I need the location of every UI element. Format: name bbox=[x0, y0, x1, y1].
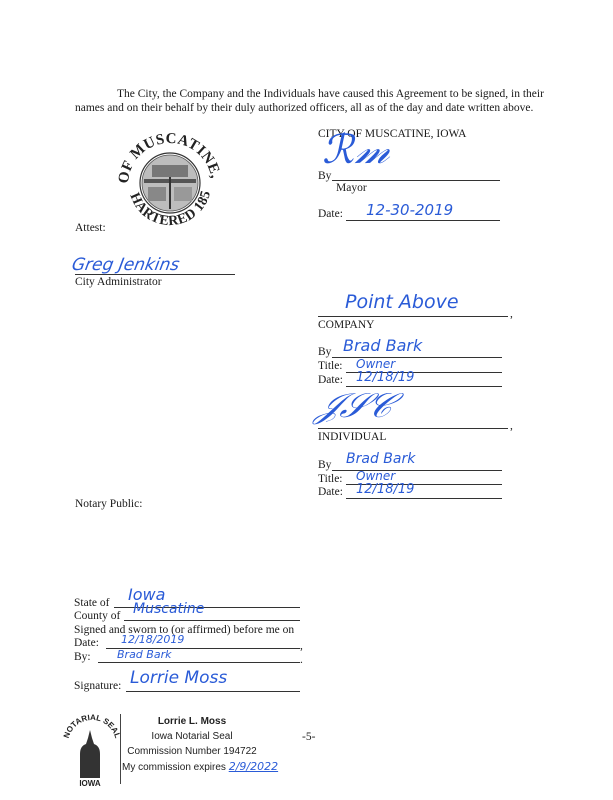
notary-county-label: County of bbox=[74, 610, 120, 623]
company-name-line bbox=[318, 316, 508, 317]
notary-date-value: 12/18/2019 bbox=[121, 633, 184, 646]
notary-signature-label: Signature: bbox=[74, 680, 121, 693]
intro-line-2: names and on their behalf by their duly … bbox=[75, 101, 555, 115]
notary-date-label: Date: bbox=[74, 637, 99, 650]
attest-signature: Greg Jenkins bbox=[70, 255, 181, 275]
notary-commission-number: Commission Number 194722 bbox=[122, 744, 262, 759]
city-date-label: Date: bbox=[318, 208, 343, 221]
mayor-signature: ℛ𝓂 bbox=[321, 130, 395, 170]
attest-label: Attest: bbox=[75, 222, 106, 235]
individual-title-label: Title: bbox=[318, 473, 343, 486]
notarial-state-text: IOWA bbox=[79, 779, 101, 788]
company-by-label: By bbox=[318, 346, 331, 359]
notarial-seal-text: Lorrie L. Moss Iowa Notarial Seal Commis… bbox=[122, 714, 262, 775]
individual-by-value: Brad Bark bbox=[346, 451, 415, 467]
notary-expires-label: My commission expires bbox=[122, 762, 226, 773]
individual-by-label: By bbox=[318, 459, 331, 472]
company-name-value: Point Above bbox=[345, 291, 459, 313]
individual-comma: , bbox=[510, 420, 513, 433]
company-by-value: Brad Bark bbox=[343, 336, 422, 355]
notary-expires-row: My commission expires 2/9/2022 bbox=[122, 759, 262, 775]
intro-paragraph: The City, the Company and the Individual… bbox=[75, 87, 555, 115]
notary-public-label: Notary Public: bbox=[75, 498, 142, 511]
individual-date-label: Date: bbox=[318, 486, 343, 499]
notarial-seal-divider bbox=[120, 714, 121, 784]
company-title-label: Title: bbox=[318, 360, 343, 373]
company-heading: COMPANY bbox=[318, 319, 374, 332]
notary-state-label: State of bbox=[74, 597, 109, 610]
attest-role-label: City Administrator bbox=[75, 276, 162, 289]
page-number: -5- bbox=[302, 731, 315, 744]
individual-heading: INDIVIDUAL bbox=[318, 431, 386, 444]
notary-by-period: . bbox=[300, 654, 303, 667]
individual-title-value: Owner bbox=[356, 469, 395, 483]
city-seal: CITY OF MUSCATINE, IOWA CHARTERED 1851 bbox=[114, 127, 226, 239]
notary-by-label: By: bbox=[74, 651, 91, 664]
company-title-value: Owner bbox=[356, 357, 395, 371]
company-date-value: 12/18/19 bbox=[356, 370, 414, 385]
notary-expires-value: 2/9/2022 bbox=[229, 760, 278, 773]
individual-date-line bbox=[346, 498, 502, 499]
notary-date-comma: , bbox=[300, 640, 303, 653]
individual-signature: 𝒥𝒮𝒞 bbox=[313, 388, 397, 424]
intro-line-1: The City, the Company and the Individual… bbox=[75, 87, 555, 101]
notary-signature-line bbox=[126, 691, 300, 692]
notary-signature-value: Lorrie Moss bbox=[130, 668, 227, 688]
city-by-line bbox=[332, 180, 500, 181]
individual-date-value: 12/18/19 bbox=[356, 482, 414, 497]
city-role-label: Mayor bbox=[336, 182, 367, 195]
notary-seal-title: Iowa Notarial Seal bbox=[122, 729, 262, 744]
notarial-seal-emblem: NOTARIAL SEAL IOWA bbox=[62, 708, 120, 788]
company-comma: , bbox=[510, 308, 513, 321]
notary-name: Lorrie L. Moss bbox=[122, 714, 262, 729]
notary-county-line bbox=[124, 620, 300, 621]
city-date-value: 12-30-2019 bbox=[366, 201, 453, 219]
notary-by-value: Brad Bark bbox=[117, 648, 171, 661]
individual-signature-line bbox=[318, 428, 508, 429]
notary-county-value: Muscatine bbox=[133, 601, 204, 617]
attest-signature-line bbox=[75, 274, 235, 275]
city-date-line bbox=[346, 220, 500, 221]
notary-by-line bbox=[98, 662, 300, 663]
